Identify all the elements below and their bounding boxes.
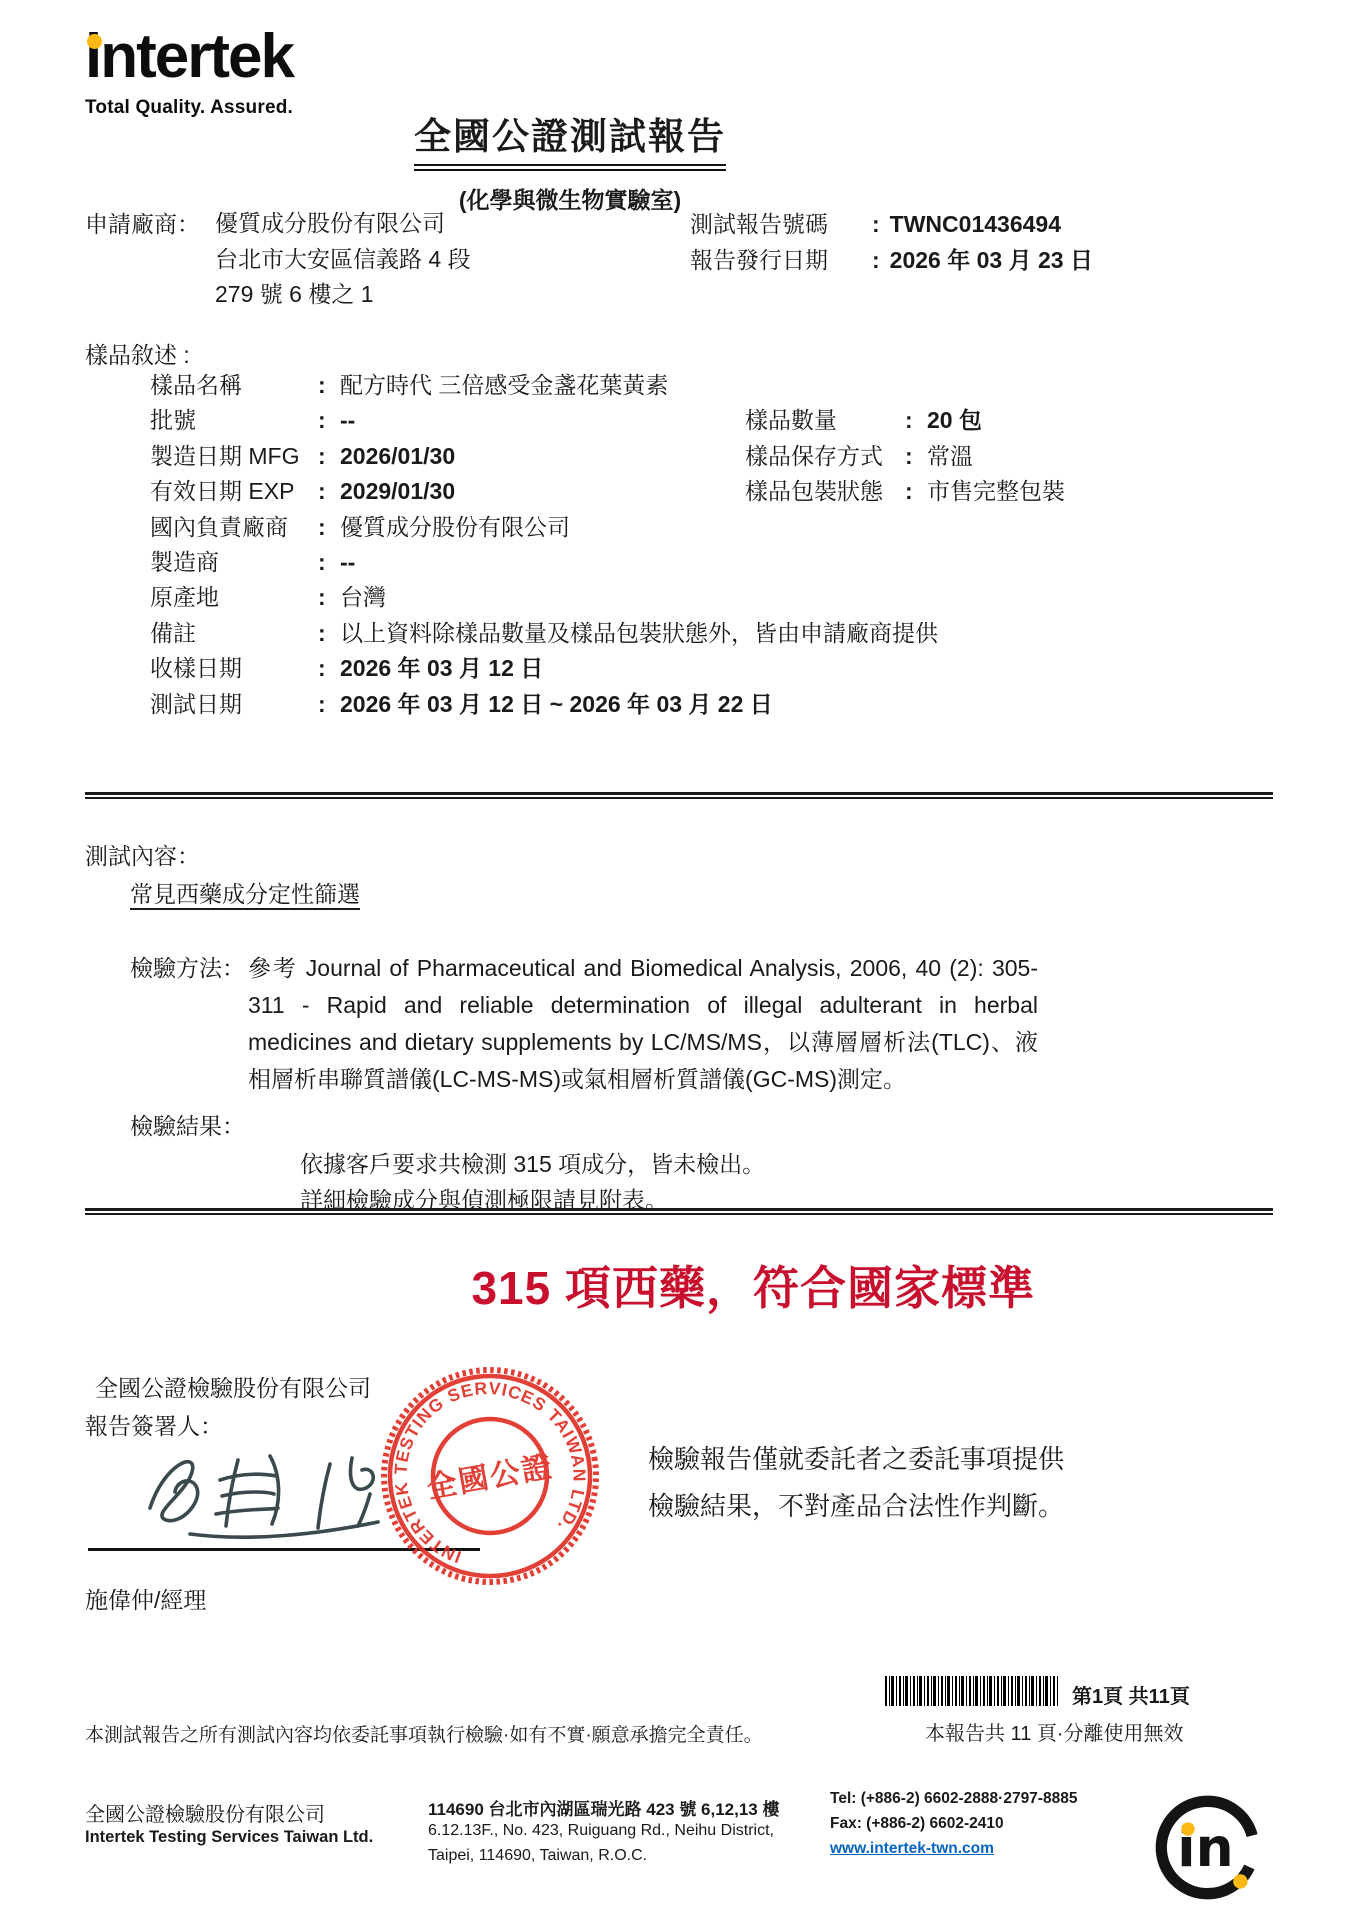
footer-address-en-1: 6.12.13F., No. 423, Ruiguang Rd., Neihu … xyxy=(428,1822,774,1840)
stamp-center-text: 全國公證 xyxy=(424,1450,556,1505)
applicant-address-2: 279 號 6 樓之 1 xyxy=(215,277,471,313)
report-number-value: TWNC01436494 xyxy=(890,211,1061,238)
signing-company: 全國公證檢驗股份有限公司 xyxy=(95,1370,371,1403)
disclaimer-line-1: 檢驗報告僅就委託者之委託事項提供 xyxy=(648,1436,1064,1483)
sample-rows: 樣品名稱:配方時代 三倍感受金盞花葉黃素 批號:-- 樣品數量:20 包 製造日… xyxy=(150,368,1290,722)
sample-row-packaging: 樣品包裝狀態:市售完整包裝 xyxy=(745,474,1065,509)
company-stamp: INTERTEK TESTING SERVICES TAIWAN LTD. 全國… xyxy=(353,1339,626,1612)
barcode xyxy=(885,1676,1058,1706)
sample-row-manufacturer: 製造商:-- xyxy=(150,545,1290,580)
highlight-banner: 315 項西藥，符合國家標準 xyxy=(395,1252,1035,1318)
sample-row-test-date: 測試日期:2026 年 03 月 12 日 ~ 2026 年 03 月 22 日 xyxy=(150,687,1290,722)
footer-address-zh: 114690 台北市內湖區瑞光路 423 號 6,12,13 樓 xyxy=(428,1795,780,1820)
signer-name-title: 施偉仲/經理 xyxy=(85,1582,206,1615)
test-report-page: intertek Total Quality. Assured. 全國公證測試報… xyxy=(0,0,1357,1920)
sample-row-qty: 樣品數量:20 包 xyxy=(745,403,982,438)
footer-website-link[interactable]: www.intertek-twn.com xyxy=(830,1840,994,1858)
report-title: 全國公證測試報告 xyxy=(414,106,726,166)
sample-row-name: 樣品名稱:配方時代 三倍感受金盞花葉黃素 xyxy=(150,368,1290,403)
test-content-heading: 測試內容： xyxy=(85,838,200,871)
sample-row-storage: 樣品保存方式:常溫 xyxy=(745,439,973,474)
intertek-logo: intertek Total Quality. Assured. xyxy=(85,26,293,119)
method-text: 參考 Journal of Pharmaceutical and Biomedi… xyxy=(248,950,1038,1098)
logo-tagline: Total Quality. Assured. xyxy=(85,97,293,119)
sample-row-origin: 原產地:台灣 xyxy=(150,580,1290,615)
test-item: 常見西藥成分定性篩選 xyxy=(130,876,360,909)
applicant-address: 優質成分股份有限公司 台北市大安區信義路 4 段 279 號 6 樓之 1 xyxy=(215,206,471,313)
sample-row-mfg: 製造日期 MFG:2026/01/30 樣品保存方式:常溫 xyxy=(150,439,1290,474)
sample-row-domestic-firm: 國內負責廠商:優質成分股份有限公司 xyxy=(150,510,1290,545)
sample-row-remark: 備註:以上資料除樣品數量及樣品包裝狀態外，皆由申請廠商提供 xyxy=(150,616,1290,651)
footer-tel: Tel: (+886-2) 6602-2888·2797-8885 xyxy=(830,1790,1077,1808)
section-divider xyxy=(85,792,1273,799)
footer-fax: Fax: (+886-2) 6602-2410 xyxy=(830,1815,1004,1833)
intertek-logo-text: intertek xyxy=(85,26,293,88)
sample-row-exp: 有效日期 EXP:2029/01/30 樣品包裝狀態:市售完整包裝 xyxy=(150,474,1290,509)
report-number-label: 測試報告號碼 xyxy=(690,206,862,239)
section-divider xyxy=(85,1208,1273,1215)
issue-date-label: 報告發行日期 xyxy=(690,242,862,275)
intertek-roundel-icon: in xyxy=(1150,1790,1265,1905)
footer-address-en-2: Taipei, 114690, Taiwan, R.O.C. xyxy=(428,1847,647,1865)
roundel-ring-dot xyxy=(1233,1874,1247,1888)
roundel-i-dot xyxy=(1181,1822,1194,1835)
disclaimer: 檢驗報告僅就委託者之委託事項提供 檢驗結果，不對產品合法性作判斷。 xyxy=(648,1436,1064,1530)
applicant-address-1: 台北市大安區信義路 4 段 xyxy=(215,242,471,278)
applicant-label: 申請廠商： xyxy=(85,206,200,239)
footer-company-en: Intertek Testing Services Taiwan Ltd. xyxy=(85,1828,373,1847)
logo-yellow-dot-icon xyxy=(87,34,102,49)
sample-row-batch: 批號:-- 樣品數量:20 包 xyxy=(150,403,1290,438)
applicant-name: 優質成分股份有限公司 xyxy=(215,206,471,242)
page-info: 第1頁 共11頁 xyxy=(1072,1680,1190,1709)
footer-statement-left: 本測試報告之所有測試內容均依委託事項執行檢驗·如有不實·願意承擔完全責任。 xyxy=(85,1720,763,1747)
issue-date-row: 報告發行日期 : 2026 年 03 月 23 日 xyxy=(690,242,1093,275)
sample-row-received-date: 收樣日期:2026 年 03 月 12 日 xyxy=(150,651,1290,686)
footer-company-zh: 全國公證檢驗股份有限公司 xyxy=(85,1798,325,1827)
result-line-1: 依據客戶要求共檢測 315 項成分，皆未檢出。 xyxy=(300,1146,765,1179)
colon: : xyxy=(862,211,890,238)
sample-section-heading: 樣品敘述 : xyxy=(85,337,190,370)
disclaimer-line-2: 檢驗結果，不對產品合法性作判斷。 xyxy=(648,1483,1064,1530)
report-number-row: 測試報告號碼 : TWNC01436494 xyxy=(690,206,1061,239)
sample-name-value: 配方時代 三倍感受金盞花葉黃素 xyxy=(340,372,668,398)
footer-statement-right: 本報告共 11 頁·分離使用無效 xyxy=(925,1717,1184,1746)
method-label: 檢驗方法： xyxy=(130,950,245,983)
result-label: 檢驗結果： xyxy=(130,1108,245,1141)
title-block: 全國公證測試報告 (化學與微生物實驗室) xyxy=(290,106,850,215)
colon: : xyxy=(862,247,890,274)
issue-date-value: 2026 年 03 月 23 日 xyxy=(890,242,1093,275)
